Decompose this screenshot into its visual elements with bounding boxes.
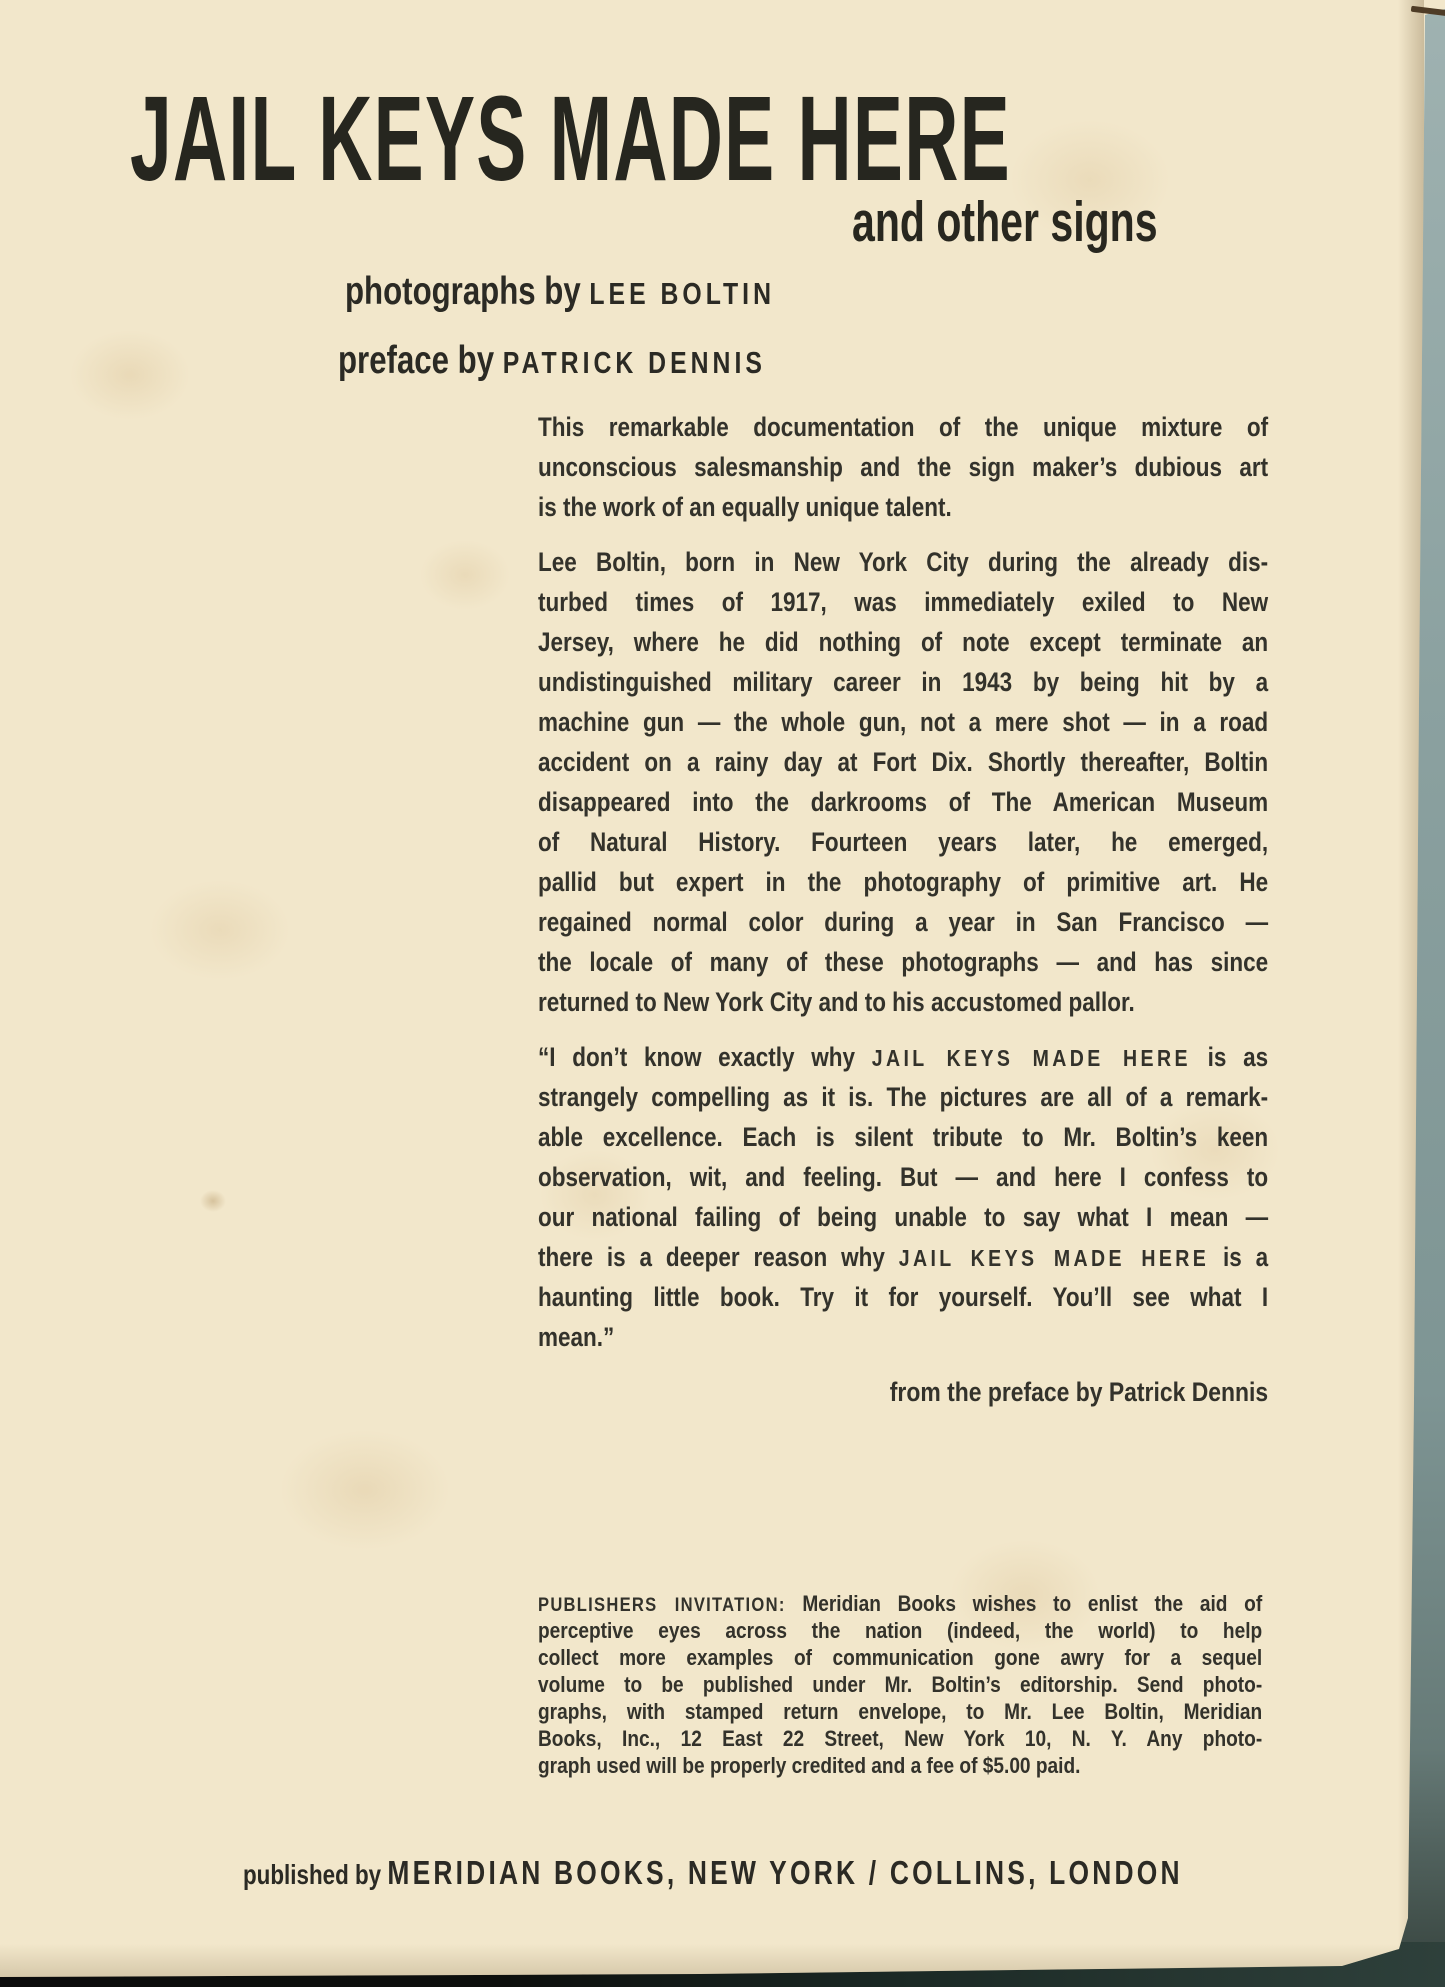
photographs-credit-prefix: photographs by xyxy=(345,270,589,313)
text-line: accident on a rainy day at Fort Dix. Sho… xyxy=(538,742,1268,782)
text-line: collect more examples of communication g… xyxy=(538,1644,1262,1671)
quote-attribution: from the preface by Patrick Dennis xyxy=(538,1372,1268,1412)
text-line: pallid but expert in the photography of … xyxy=(538,862,1268,902)
text-line: “I don’t know exactly why JAIL KEYS MADE… xyxy=(538,1037,1268,1077)
text-line: Jersey, where he did nothing of note exc… xyxy=(538,622,1268,662)
book-title-inline: JAIL KEYS MADE HERE xyxy=(872,1045,1191,1071)
text-line: Books, Inc., 12 East 22 Street, New York… xyxy=(538,1725,1262,1752)
text-line: unconscious salesmanship and the sign ma… xyxy=(538,447,1268,487)
text-line: able excellence. Each is silent tribute … xyxy=(538,1117,1268,1157)
text-line: machine gun — the whole gun, not a mere … xyxy=(538,702,1268,742)
book-subtitle: and other signs xyxy=(852,194,1158,251)
text-line: observation, wit, and feeling. But — and… xyxy=(538,1157,1268,1197)
imprint-prefix: published by xyxy=(243,1859,387,1890)
quote-text: there is a deeper reason why xyxy=(538,1242,899,1272)
text-line: volume to be published under Mr. Boltin’… xyxy=(538,1671,1262,1698)
text-line: haunting little book. Try it for yoursel… xyxy=(538,1277,1268,1317)
text-line: This remarkable documentation of the uni… xyxy=(538,407,1268,447)
publishers-invitation: PUBLISHERS INVITATION: Meridian Books wi… xyxy=(538,1590,1262,1779)
quote-paragraph: “I don’t know exactly why JAIL KEYS MADE… xyxy=(538,1037,1268,1357)
invitation-text: Meridian Books wishes to enlist the aid … xyxy=(786,1591,1263,1616)
book-title-inline: JAIL KEYS MADE HERE xyxy=(899,1245,1209,1271)
text-line: returned to New York City and to his acc… xyxy=(538,982,1268,1022)
preface-credit-prefix: preface by xyxy=(338,339,503,382)
quote-text: is a xyxy=(1209,1242,1268,1272)
invitation-label: PUBLISHERS INVITATION: xyxy=(538,1594,786,1616)
bio-paragraph: Lee Boltin, born in New York City during… xyxy=(538,542,1268,1022)
intro-paragraph: This remarkable documentation of the uni… xyxy=(538,407,1268,527)
text-line: of Natural History. Fourteen years later… xyxy=(538,822,1268,862)
photographs-credit: photographs by LEE BOLTIN xyxy=(345,272,775,311)
photographer-name: LEE BOLTIN xyxy=(589,276,775,311)
preface-author-name: PATRICK DENNIS xyxy=(503,345,766,380)
text-line: disappeared into the darkrooms of The Am… xyxy=(538,782,1268,822)
text-line: undistinguished military career in 1943 … xyxy=(538,662,1268,702)
text-line: the locale of many of these photographs … xyxy=(538,942,1268,982)
text-line: graph used will be properly credited and… xyxy=(538,1752,1262,1779)
quote-text: “I don’t know exactly why xyxy=(538,1042,872,1072)
text-line: turbed times of 1917, was immediately ex… xyxy=(538,582,1268,622)
text-line: regained normal color during a year in S… xyxy=(538,902,1268,942)
text-line: there is a deeper reason why JAIL KEYS M… xyxy=(538,1237,1268,1277)
scanned-book-cover: JAIL KEYS MADE HERE and other signs phot… xyxy=(0,0,1445,1987)
imprint-line: published by MERIDIAN BOOKS, NEW YORK / … xyxy=(243,1851,1183,1902)
paper: JAIL KEYS MADE HERE and other signs phot… xyxy=(0,0,1445,1987)
text-line: Lee Boltin, born in New York City during… xyxy=(538,542,1268,582)
book-title: JAIL KEYS MADE HERE xyxy=(130,78,1011,199)
text-line: perceptive eyes across the nation (indee… xyxy=(538,1617,1262,1644)
text-line: our national failing of being unable to … xyxy=(538,1197,1268,1237)
text-line: is the work of an equally unique talent. xyxy=(538,487,1268,527)
text-line: mean.” xyxy=(538,1317,1268,1357)
preface-credit: preface by PATRICK DENNIS xyxy=(338,341,766,380)
text-line: PUBLISHERS INVITATION: Meridian Books wi… xyxy=(538,1590,1262,1617)
quote-text: is as xyxy=(1191,1042,1268,1072)
publisher-names: MERIDIAN BOOKS, NEW YORK / COLLINS, LOND… xyxy=(387,1854,1182,1891)
text-line: graphs, with stamped return envelope, to… xyxy=(538,1698,1262,1725)
text-line: strangely compelling as it is. The pictu… xyxy=(538,1077,1268,1117)
